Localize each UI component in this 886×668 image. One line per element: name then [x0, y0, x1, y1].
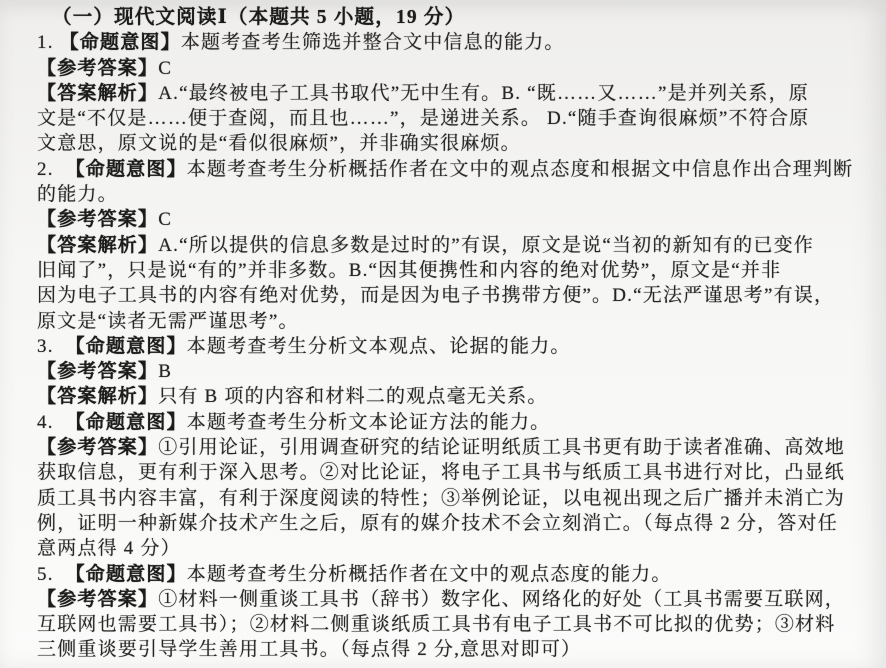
- text-line: 【参考答案】C: [37, 56, 849, 81]
- text-line: 5. 【命题意图】本题考查考生分析概括作者在文中的观点态度的能力。: [37, 562, 849, 587]
- text-segment: 本题考查考生分析文本观点、论据的能力。: [187, 336, 571, 357]
- text-line: 【参考答案】C: [37, 207, 849, 232]
- bracket-label: 【参考答案】: [37, 361, 158, 382]
- text-segment: 2.: [37, 159, 66, 180]
- text-line: 旧闻了”，只是说“有的”并非多数。B.“因其便携性和内容的绝对优势”，原文是“并…: [37, 258, 849, 283]
- text-segment: 三侧重谈要引导学生善用工具书。（每点得 2 分,意思对即可）: [37, 639, 581, 660]
- text-line: 的能力。: [37, 182, 849, 207]
- text-line: 文是“不仅是……便于查阅，而且也……”，是递进关系。 D.“随手查询很麻烦”不符…: [37, 106, 849, 131]
- text-segment: 4.: [37, 412, 66, 433]
- text-segment: 文是“不仅是……便于查阅，而且也……”，是递进关系。 D.“随手查询很麻烦”不符…: [37, 108, 809, 129]
- scanned-answer-document: （一）现代文阅读Ⅰ（本题共 5 小题，19 分）1. 【命题意图】本题考查考生筛…: [0, 0, 886, 668]
- text-segment: 本题考查考生筛选并整合文中信息的能力。: [181, 32, 565, 53]
- bracket-label: 【命题意图】: [66, 564, 187, 585]
- text-segment: 本题考查考生分析概括作者在文中的观点态度和根据文中信息作出合理判断: [187, 159, 854, 180]
- text-segment: 互联网也需要工具书）；②材料二侧重谈纸质工具书有电子工具书不可比拟的优势；③材料: [37, 614, 836, 635]
- text-line: 例，证明一种新媒介技术产生之后，原有的媒介技术不会立刻消亡。（每点得 2 分，答…: [37, 511, 849, 536]
- text-segment: C: [158, 58, 172, 79]
- text-line: 文意思，原文说的是“看似很麻烦”，并非确实很麻烦。: [37, 131, 849, 156]
- bracket-label: 【答案解析】: [37, 386, 158, 407]
- text-segment: 原文是“读者无需严谨思考”。: [37, 311, 299, 332]
- text-line: 意两点得 4 分）: [37, 536, 849, 561]
- text-segment: B: [158, 361, 172, 382]
- text-segment: 的能力。: [37, 184, 118, 205]
- text-line: 互联网也需要工具书）；②材料二侧重谈纸质工具书有电子工具书不可比拟的优势；③材料: [37, 612, 849, 637]
- text-line: 【答案解析】只有 B 项的内容和材料二的观点毫无关系。: [37, 384, 849, 409]
- text-line: 【参考答案】①引用论证，引用调查研究的结论证明纸质工具书更有助于读者准确、高效地: [37, 435, 849, 460]
- text-segment: ①引用论证，引用调查研究的结论证明纸质工具书更有助于读者准确、高效地: [158, 437, 845, 458]
- text-segment: ①材料一侧重谈工具书（辞书）数字化、网络化的好处（工具书需要互联网，: [158, 589, 845, 610]
- text-line: 原文是“读者无需严谨思考”。: [37, 309, 849, 334]
- text-segment: 质工具书内容丰富，有利于深度阅读的特性；③举例论证，以电视出现之后广播并未消亡为: [37, 488, 845, 509]
- text-segment: 文意思，原文说的是“看似很麻烦”，并非确实很麻烦。: [37, 133, 521, 154]
- text-line: 【答案解析】A.“最终被电子工具书取代”无中生有。B. “既……又……”是并列关…: [37, 81, 849, 106]
- text-segment: 只有 B 项的内容和材料二的观点毫无关系。: [158, 386, 547, 407]
- bracket-label: 【答案解析】: [37, 83, 158, 104]
- text-line: 【答案解析】A.“所以提供的信息多数是过时的”有误，原文是说“当初的新知有的已变…: [37, 233, 849, 258]
- bracket-label: 【命题意图】: [66, 336, 187, 357]
- text-segment: C: [158, 209, 172, 230]
- document-body: （一）现代文阅读Ⅰ（本题共 5 小题，19 分）1. 【命题意图】本题考查考生筛…: [37, 5, 849, 663]
- text-segment: 3.: [37, 336, 66, 357]
- bracket-label: 【命题意图】: [66, 412, 187, 433]
- text-segment: 旧闻了”，只是说“有的”并非多数。B.“因其便携性和内容的绝对优势”，原文是“并…: [37, 260, 781, 281]
- section-heading: （一）现代文阅读Ⅰ（本题共 5 小题，19 分）: [37, 5, 849, 30]
- text-line: 质工具书内容丰富，有利于深度阅读的特性；③举例论证，以电视出现之后广播并未消亡为: [37, 486, 849, 511]
- bracket-label: 【参考答案】: [37, 589, 158, 610]
- bracket-label: 【参考答案】: [37, 437, 158, 458]
- bracket-label: 【答案解析】: [37, 235, 158, 256]
- text-segment: 5.: [37, 564, 66, 585]
- text-line: 【参考答案】①材料一侧重谈工具书（辞书）数字化、网络化的好处（工具书需要互联网，: [37, 587, 849, 612]
- text-segment: 1.: [37, 32, 60, 53]
- text-segment: 因为电子工具书的内容有绝对优势，而是因为电子书携带方便”。D.“无法严谨思考”有…: [37, 285, 834, 306]
- text-segment: 例，证明一种新媒介技术产生之后，原有的媒介技术不会立刻消亡。（每点得 2 分，答…: [37, 513, 838, 534]
- text-line: 4. 【命题意图】本题考查考生分析文本论证方法的能力。: [37, 410, 849, 435]
- bracket-label: 【参考答案】: [37, 209, 158, 230]
- text-segment: A.“最终被电子工具书取代”无中生有。B. “既……又……”是并列关系，原: [158, 83, 809, 104]
- text-segment: 意两点得 4 分）: [37, 538, 181, 559]
- text-segment: A.“所以提供的信息多数是过时的”有误，原文是说“当初的新知有的已变作: [158, 235, 814, 256]
- text-line: 3. 【命题意图】本题考查考生分析文本观点、论据的能力。: [37, 334, 849, 359]
- text-segment: 本题考查考生分析文本论证方法的能力。: [187, 412, 551, 433]
- text-line: 获取信息，更有利于深入思考。②对比论证，将电子工具书与纸质工具书进行对比，凸显纸: [37, 460, 849, 485]
- bracket-label: 【参考答案】: [37, 58, 158, 79]
- text-line: 【参考答案】B: [37, 359, 849, 384]
- bracket-label: 【命题意图】: [60, 32, 181, 53]
- text-line: 因为电子工具书的内容有绝对优势，而是因为电子书携带方便”。D.“无法严谨思考”有…: [37, 283, 849, 308]
- text-line: 三侧重谈要引导学生善用工具书。（每点得 2 分,意思对即可）: [37, 637, 849, 662]
- text-line: 1. 【命题意图】本题考查考生筛选并整合文中信息的能力。: [37, 30, 849, 55]
- text-line: 2. 【命题意图】本题考查考生分析概括作者在文中的观点态度和根据文中信息作出合理…: [37, 157, 849, 182]
- bracket-label: 【命题意图】: [66, 159, 187, 180]
- text-segment: 本题考查考生分析概括作者在文中的观点态度的能力。: [187, 564, 672, 585]
- bracket-label: （一）现代文阅读Ⅰ（本题共 5 小题，19 分）: [52, 7, 465, 28]
- text-segment: 获取信息，更有利于深入思考。②对比论证，将电子工具书与纸质工具书进行对比，凸显纸: [37, 462, 845, 483]
